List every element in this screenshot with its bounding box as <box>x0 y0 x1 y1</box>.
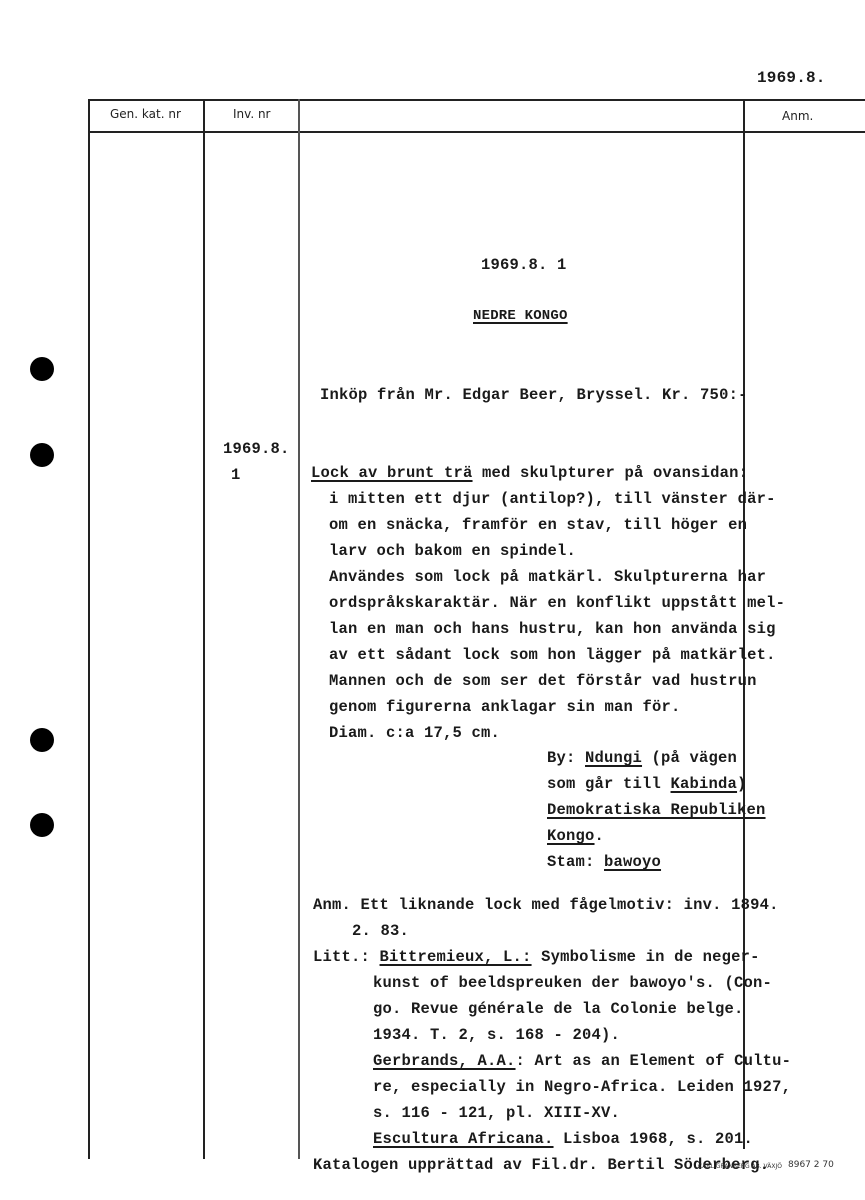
road-close: ) <box>737 775 747 793</box>
literature-ref-3-line1: Escultura Africana. Lisboa 1968, s. 201. <box>373 1126 753 1152</box>
inv-nr-line2: 1 <box>231 462 241 488</box>
village-rest: (på vägen <box>642 749 737 767</box>
description-line: Mannen och de som ser det förstår vad hu… <box>329 668 757 694</box>
ref-author: Gerbrands, A.A. <box>373 1052 516 1070</box>
literature-ref-line: 1934. T. 2, s. 168 - 204). <box>373 1022 620 1048</box>
description-line: ordspråkskaraktär. När en konflikt uppst… <box>329 590 785 616</box>
punch-hole <box>30 813 54 837</box>
note-text: Ett liknande lock med fågelmotiv: inv. 1… <box>351 896 779 914</box>
literature-ref-line: re, especially in Negro-Africa. Leiden 1… <box>373 1074 791 1100</box>
provenance-village: By: Ndungi (på vägen <box>547 745 737 771</box>
header-anm: Anm. <box>782 109 813 123</box>
ref-author: Escultura Africana. <box>373 1130 554 1148</box>
printer-imprint: CARL GRANBERG AB. VÄXJÖ <box>698 1163 782 1170</box>
provenance-country-line1: Demokratiska Republiken <box>547 797 766 823</box>
literature-ref-line: s. 116 - 121, pl. XIII-XV. <box>373 1100 620 1126</box>
header-gen-kat-nr: Gen. kat. nr <box>110 107 181 121</box>
object-name: Lock av brunt trä <box>311 464 473 482</box>
literature-ref-2-line1: Gerbrands, A.A.: Art as an Element of Cu… <box>373 1048 791 1074</box>
header-bottom-rule <box>88 131 865 133</box>
road-text: som går till <box>547 775 671 793</box>
acquisition-line: Inköp från Mr. Edgar Beer, Bryssel. Kr. … <box>320 382 748 408</box>
note-line2: 2. 83. <box>352 918 409 944</box>
literature-label: Litt.: <box>313 948 370 966</box>
provenance-road: som går till Kabinda) <box>547 771 747 797</box>
tribe-label: Stam: <box>547 853 604 871</box>
inv-nr-line1: 1969.8. <box>223 436 290 462</box>
country-kongo: Kongo <box>547 827 595 845</box>
ref-text: : Art as an Element of Cultu- <box>516 1052 792 1070</box>
literature-ref-line: go. Revue générale de la Colonie belge. <box>373 996 744 1022</box>
provenance-country-line2: Kongo. <box>547 823 604 849</box>
description-line: larv och bakom en spindel. <box>329 538 576 564</box>
column-divider <box>298 99 300 1159</box>
country-period: . <box>595 827 605 845</box>
description-line: lan en man och hans hustru, kan hon anvä… <box>329 616 776 642</box>
description-line: av ett sådant lock som hon lägger på mat… <box>329 642 776 668</box>
village-label: By: <box>547 749 585 767</box>
description-title: Lock av brunt trä med skulpturer på ovan… <box>311 460 748 486</box>
region-title: NEDRE KONGO <box>473 303 568 329</box>
ref-author: Bittremieux, L.: <box>380 948 532 966</box>
description-line: i mitten ett djur (antilop?), till vänst… <box>329 486 776 512</box>
ref-text: Lisboa 1968, s. 201. <box>554 1130 754 1148</box>
literature-ref-line: kunst of beeldspreuken der bawoyo's. (Co… <box>373 970 772 996</box>
form-number: 8967 2 70 <box>788 1160 834 1170</box>
description-line: Användes som lock på matkärl. Skulpturer… <box>329 564 766 590</box>
punch-hole <box>30 357 54 381</box>
description-title-rest: med skulpturer på ovansidan: <box>473 464 749 482</box>
note-line1: Anm. Ett liknande lock med fågelmotiv: i… <box>313 892 779 918</box>
page-id: 1969.8. <box>757 65 826 91</box>
tribe-name: bawoyo <box>604 853 661 871</box>
place-kabinda: Kabinda <box>671 775 738 793</box>
village-name: Ndungi <box>585 749 642 767</box>
dimensions-line: Diam. c:a 17,5 cm. <box>329 720 500 746</box>
header-top-rule <box>88 99 865 101</box>
description-line: genom figurerna anklagar sin man för. <box>329 694 681 720</box>
ref-text: Symbolisme in de neger- <box>532 948 760 966</box>
note-label: Anm. <box>313 896 351 914</box>
literature-ref-1-line1: Litt.: Bittremieux, L.: Symbolisme in de… <box>313 944 760 970</box>
column-divider <box>203 99 205 1159</box>
provenance-tribe: Stam: bawoyo <box>547 849 661 875</box>
column-divider <box>88 99 90 1159</box>
header-inv-nr: Inv. nr <box>233 107 270 121</box>
punch-hole <box>30 443 54 467</box>
punch-hole <box>30 728 54 752</box>
description-line: om en snäcka, framför en stav, till höge… <box>329 512 747 538</box>
entry-number: 1969.8. 1 <box>481 252 567 278</box>
